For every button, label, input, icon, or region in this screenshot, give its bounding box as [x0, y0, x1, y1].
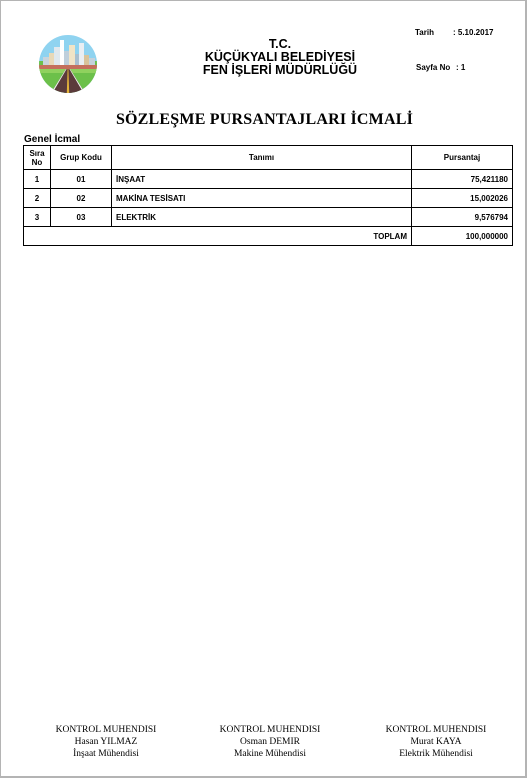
column-header-code: Grup Kodu: [51, 146, 112, 170]
row-value: 9,576794: [412, 208, 513, 227]
row-no: 2: [24, 189, 51, 208]
column-header-no: SıraNo: [24, 146, 51, 170]
city-road-logo-icon: [39, 35, 97, 93]
date-label: Tarih: [415, 28, 453, 37]
total-value: 100,000000: [412, 227, 513, 246]
signature-name: Hasan YILMAZ: [31, 736, 181, 748]
table-row: 3 03 ELEKTRİK 9,576794: [24, 208, 513, 227]
row-no: 3: [24, 208, 51, 227]
summary-table: SıraNo Grup Kodu Tanımı Pursantaj 1 01 İ…: [23, 145, 513, 246]
table-row: 1 01 İNŞAAT 75,421180: [24, 170, 513, 189]
signature-role: Makine Mühendisi: [195, 748, 345, 760]
row-code: 03: [51, 208, 112, 227]
date-field: Tarih: 5.10.2017: [415, 28, 493, 37]
date-value: : 5.10.2017: [453, 28, 493, 37]
organization-header: T.C. KÜÇÜKYALI BELEDİYESİ FEN İŞLERİ MÜD…: [150, 38, 410, 77]
row-code: 01: [51, 170, 112, 189]
signature-title: KONTROL MUHENDISI: [361, 724, 511, 736]
signature-mechanical: KONTROL MUHENDISI Osman DEMIR Makine Müh…: [195, 724, 345, 760]
signature-civil: KONTROL MUHENDISI Hasan YILMAZ İnşaat Mü…: [31, 724, 181, 760]
row-value: 15,002026: [412, 189, 513, 208]
column-header-name: Tanımı: [112, 146, 412, 170]
report-title: SÖZLEŞME PURSANTAJLARI İCMALİ: [0, 111, 529, 129]
section-label: Genel İcmal: [24, 134, 80, 145]
row-name: İNŞAAT: [112, 170, 412, 189]
page-number-field: Sayfa No: 1: [416, 63, 465, 72]
signature-title: KONTROL MUHENDISI: [31, 724, 181, 736]
page-number-label: Sayfa No: [416, 63, 456, 72]
signature-role: İnşaat Mühendisi: [31, 748, 181, 760]
column-header-value: Pursantaj: [412, 146, 513, 170]
row-no: 1: [24, 170, 51, 189]
row-value: 75,421180: [412, 170, 513, 189]
signature-electrical: KONTROL MUHENDISI Murat KAYA Elektrik Mü…: [361, 724, 511, 760]
total-row: TOPLAM 100,000000: [24, 227, 513, 246]
table-header-row: SıraNo Grup Kodu Tanımı Pursantaj: [24, 146, 513, 170]
org-line-department: FEN İŞLERİ MÜDÜRLÜĞÜ: [150, 64, 410, 77]
signature-title: KONTROL MUHENDISI: [195, 724, 345, 736]
row-name: ELEKTRİK: [112, 208, 412, 227]
row-name: MAKİNA TESİSATI: [112, 189, 412, 208]
signature-role: Elektrik Mühendisi: [361, 748, 511, 760]
page-number-value: : 1: [456, 63, 465, 72]
signature-name: Murat KAYA: [361, 736, 511, 748]
signature-name: Osman DEMIR: [195, 736, 345, 748]
table-row: 2 02 MAKİNA TESİSATI 15,002026: [24, 189, 513, 208]
row-code: 02: [51, 189, 112, 208]
total-label: TOPLAM: [24, 227, 412, 246]
